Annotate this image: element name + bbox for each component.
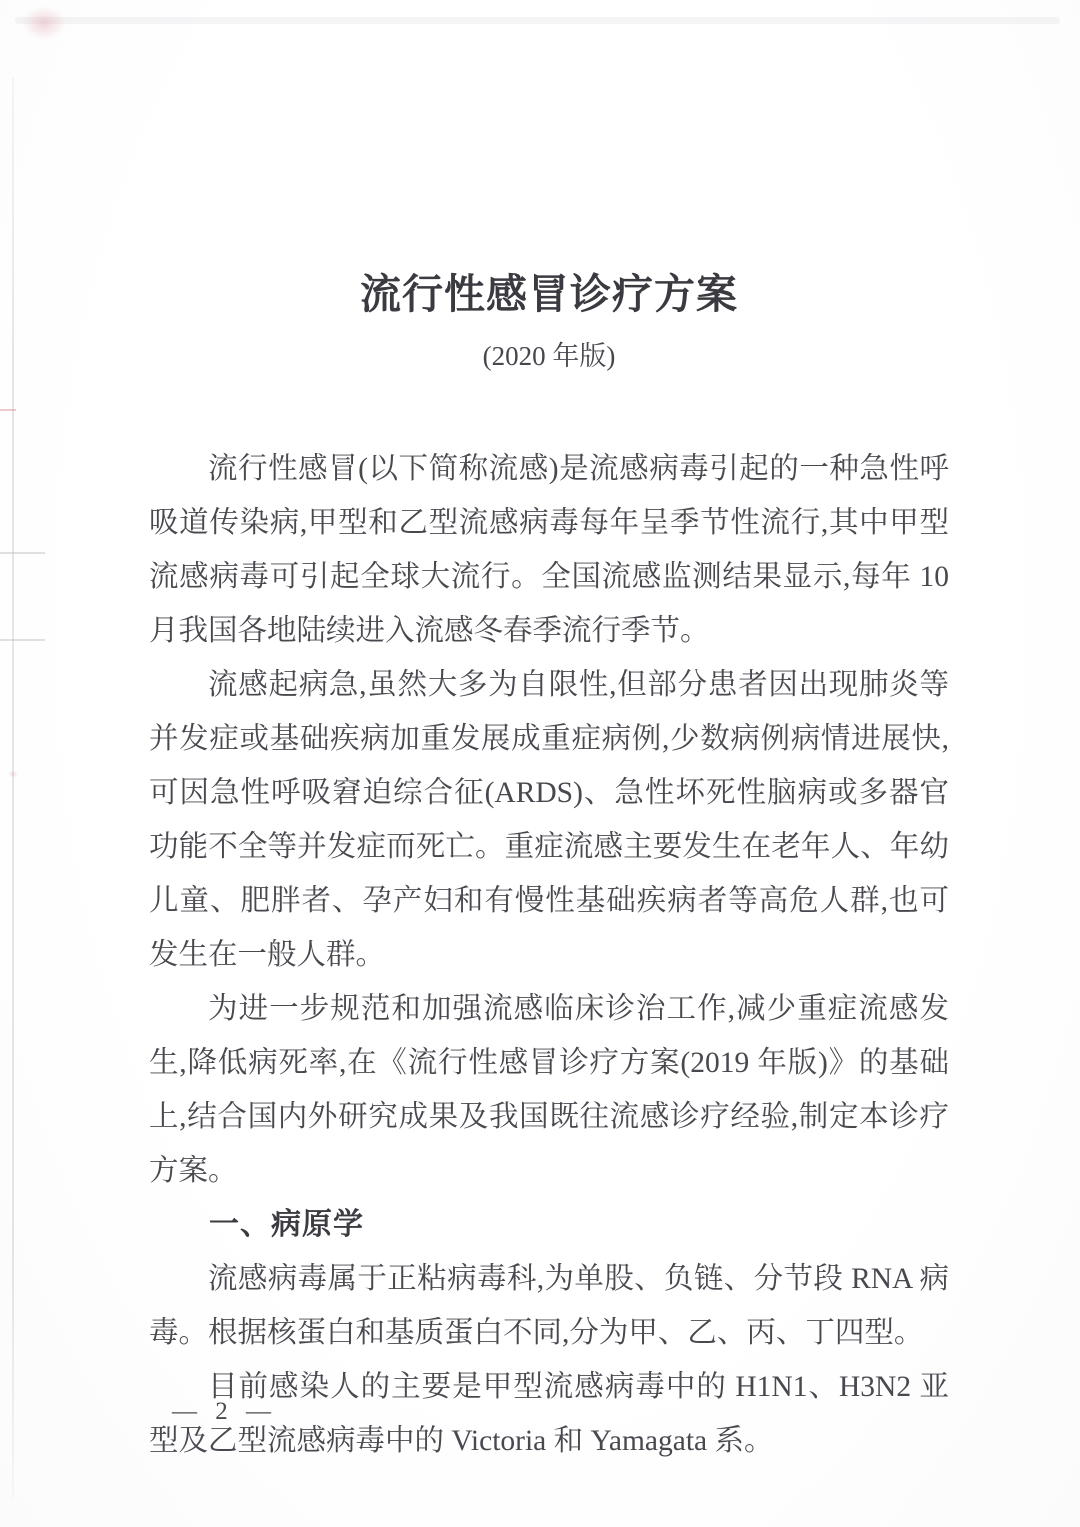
document-page: 流行性感冒诊疗方案 (2020 年版) 流行性感冒(以下简称流感)是流感病毒引起… [0,0,1080,1527]
document-subtitle: (2020 年版) [149,334,949,373]
document-body: 流行性感冒(以下简称流感)是流感病毒引起的一种急性呼吸道传染病,甲型和乙型流感病… [149,442,949,1468]
document-title: 流行性感冒诊疗方案 [149,261,949,320]
paragraph-severity: 流感起病急,虽然大多为自限性,但部分患者因出现肺炎等并发症或基础疾病加重发展成重… [149,658,949,982]
edge-tick-grey-2 [0,639,45,641]
edge-tick-grey-1 [0,552,45,554]
page-edge-line [12,78,14,1498]
scan-red-mark [22,6,66,40]
paragraph-virus-classification: 流感病毒属于正粘病毒科,为单股、负链、分节段 RNA 病毒。根据核蛋白和基质蛋白… [149,1252,949,1360]
paragraph-intro: 流行性感冒(以下简称流感)是流感病毒引起的一种急性呼吸道传染病,甲型和乙型流感病… [149,442,949,658]
section-heading-etiology: 一、病原学 [149,1198,949,1252]
edge-tick-pink [0,409,16,411]
page-number: — 2 — [172,1398,272,1426]
paragraph-purpose: 为进一步规范和加强流感临床诊治工作,减少重症流感发生,降低病死率,在《流行性感冒… [149,982,949,1198]
edge-dot-pink [8,770,18,778]
scan-streak-top [15,17,1060,24]
